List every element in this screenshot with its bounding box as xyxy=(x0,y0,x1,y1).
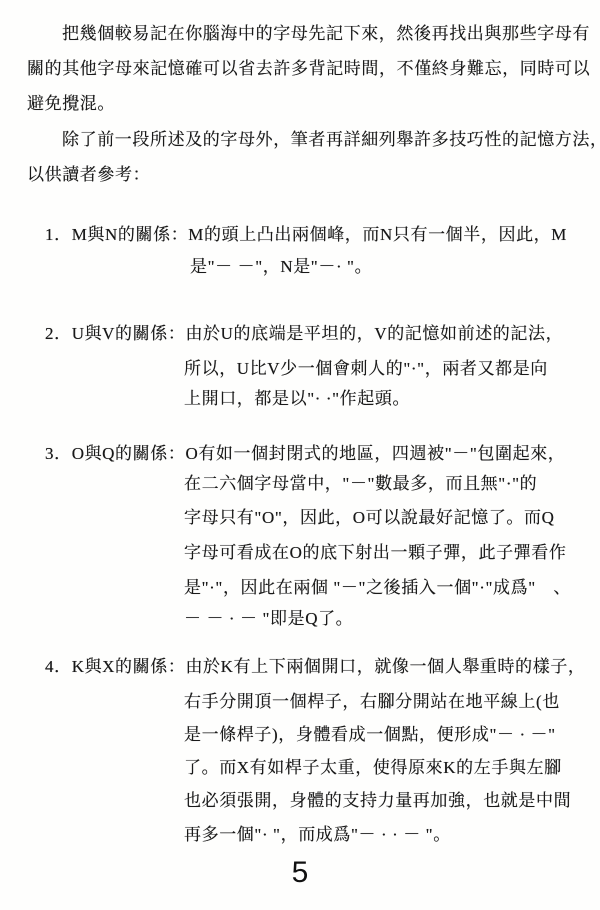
list-item-1-m-n-line-2: 是"－ －"，N是"－· "。 xyxy=(190,257,372,277)
list-item-4-k-x-line-5: 也必須張開，身體的支持力量再加強，也就是中間 xyxy=(184,791,571,811)
list-item-3-o-q-line-5: 是"·"，因此在兩個 "－"之後插入一個"·"成爲" 、 xyxy=(184,578,571,598)
list-item-2-u-v-line-1: 2．U與V的關係：由於U的底端是平坦的，V的記憶如前述的記法， xyxy=(45,324,563,344)
list-item-4-k-x-line-2: 右手分開頂一個桿子，右腳分開站在地平線上(也 xyxy=(184,692,560,712)
list-item-3-o-q-line-1: 3．O與Q的關係：O有如一個封閉式的地區，四週被"－"包圍起來， xyxy=(45,444,565,464)
list-item-4-k-x-line-4: 了。而X有如桿子太重，使得原來K的左手與左腳 xyxy=(184,758,562,778)
list-item-4-k-x-line-3: 是一條桿子)，身體看成一個點，便形成"－ · －" xyxy=(184,725,556,745)
list-item-1-m-n-line-1: 1．M與N的關係：M的頭上凸出兩個峰，而N只有一個半，因此，M xyxy=(45,225,567,245)
page-number: 5 xyxy=(0,856,600,890)
list-item-3-o-q-line-3: 字母只有"O"，因此，O可以說最好記憶了。而Q xyxy=(184,508,555,528)
list-item-4-k-x-line-1: 4．K與X的關係：由於K有上下兩個開口，就像一個人舉重時的樣子， xyxy=(45,657,586,677)
intro-paragraph-2-line-1: 除了前一段所述及的字母外，筆者再詳細列舉許多技巧性的記憶方法， xyxy=(62,130,600,150)
intro-paragraph-1-line-2: 關的其他字母來記憶確可以省去許多背記時間，不僅終身難忘，同時可以 xyxy=(27,59,590,79)
list-item-4-k-x-line-6: 再多一個"· "，而成爲"－ · · － "。 xyxy=(184,825,451,845)
intro-paragraph-2-line-2: 以供讀者參考： xyxy=(27,165,150,185)
intro-paragraph-1-line-1: 把幾個較易記在你腦海中的字母先記下來，然後再找出與那些字母有 xyxy=(62,24,590,44)
list-item-3-o-q-line-6: － － · － "即是Q了。 xyxy=(184,609,353,629)
list-item-3-o-q-line-4: 字母可看成在O的底下射出一顆子彈，此子彈看作 xyxy=(184,543,566,563)
list-item-3-o-q-line-2: 在二六個字母當中，"－"數最多，而且無"·"的 xyxy=(184,474,537,494)
intro-paragraph-1-line-3: 避免攪混。 xyxy=(27,94,115,114)
scanned-page: 5 把幾個較易記在你腦海中的字母先記下來，然後再找出與那些字母有關的其他字母來記… xyxy=(0,0,600,910)
list-item-2-u-v-line-3: 上開口，都是以"· ·"作起頭。 xyxy=(184,389,410,409)
list-item-2-u-v-line-2: 所以，U比V少一個會刺人的"·"，兩者又都是向 xyxy=(184,359,548,379)
